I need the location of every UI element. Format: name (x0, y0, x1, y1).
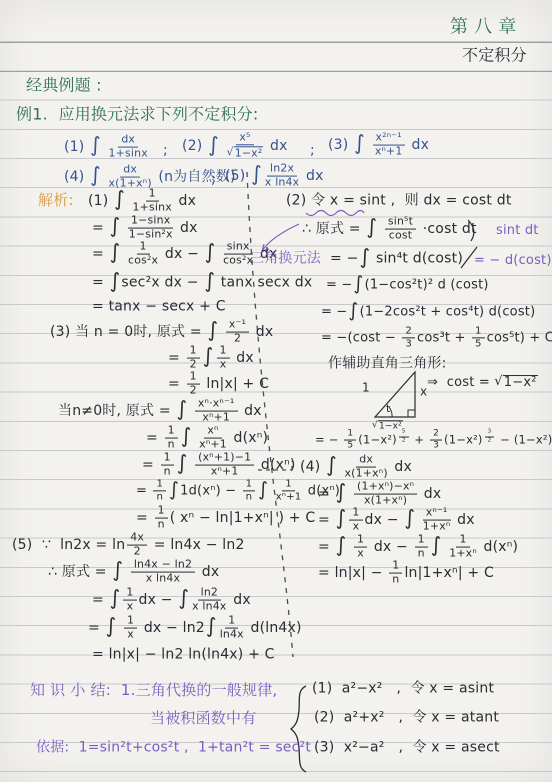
rule-under-chapter (0, 42, 552, 43)
sol2-method-label: 三角换元法 (250, 252, 321, 267)
problem-separator-1: ; (163, 144, 168, 159)
sol5-step-5: = ln|x| − ln2 ln(ln4x) + C (92, 648, 275, 663)
sol3-step-4: 当n≠0时, 原式 = ∫ xⁿ·xⁿ⁻¹xⁿ+1 dx (58, 399, 262, 424)
sol5-step-1: (5) ∵ ln2x = ln4x2 = ln4x − ln2 (12, 533, 245, 558)
rule-under-title (0, 71, 552, 72)
problem-2: (2) ∫ x⁵√1−x² dx (182, 132, 288, 159)
summary-heading: 知 识 小 结: 1.三角代换的一般规律, (30, 683, 277, 699)
sol2-step-5: = −∫(1−2cos²t + cos⁴t) d(cost) (321, 303, 535, 320)
substitution-case-2: (2) a²+x² , 令 x = atant (314, 711, 499, 726)
chapter-label: 第 八 章 (450, 19, 516, 38)
triangle-conclusion: ⇒ cost = √1−x² (427, 375, 538, 391)
problem-5: (5) ∫ln2xx ln4x dx (225, 164, 324, 189)
sol1-step-2: = ∫ 1−sinx1−sin²x dx (92, 216, 198, 241)
substitution-case-3: (3) x²−a² , 令 x = asect (314, 741, 500, 756)
sol2-step-3: = −∫ sin⁴t d(cost) (330, 248, 463, 267)
solution-label: 解析: (38, 193, 74, 209)
example-heading: 例1. 应用换元法求下列不定积分: (16, 107, 258, 124)
summary-line-2: 当被积函数中有 (150, 711, 256, 727)
doc-title: 不定积分 (462, 48, 527, 65)
sol3-step-3: = 12 ln|x| + C (168, 372, 269, 397)
triangle-label-base: √1−x² (372, 420, 403, 431)
sol2-step-2: ∴ 原式 = ∫ sin⁵tcost ·cost dt (302, 217, 477, 242)
sol3-step-8: = 1n( xⁿ − ln|1+xⁿ| ) + C (136, 506, 315, 531)
sol5-step-2: ∴ 原式 = ∫ ln4x − ln2x ln4x dx (48, 560, 219, 585)
sol4-step-1: (4) ∫ dxx(1+xⁿ) dx (300, 455, 412, 480)
sol5-step-4: = ∫ 1x dx − ln2∫1ln4x d(ln4x) (88, 616, 302, 641)
sol3-step-7: = 1n∫1d(xⁿ) − 1n∫ 1xⁿ+1 d(xⁿ) (136, 479, 340, 502)
ruled-lines (0, 13, 552, 782)
problem-separator-3: ; (211, 173, 216, 188)
sol1-step-1: (1) ∫ 11+sinx dx (88, 189, 196, 214)
sol3-step-1: (3) 当 n = 0时, 原式 = ∫ x⁻¹2 dx (50, 320, 273, 345)
notebook-page: 第 八 章不定积分经典例题 :例1. 应用换元法求下列不定积分:(1) ∫ dx… (0, 0, 552, 782)
sol4-step-3: = ∫1xdx − ∫ xⁿ⁻¹1+xⁿ dx (318, 508, 475, 533)
summary-basis: 依据: 1=sin²t+cos²t , 1+tan²t = sec²t (36, 741, 311, 756)
sol2-step-7: = − 15(1−x²)52 + 23(1−x²)32 − (1−x²)12 +… (315, 430, 552, 451)
sol4-step-4: = ∫ 1x dx − 1n∫ 11+xⁿ d(xⁿ) (318, 535, 518, 560)
sol3-step-5: = 1n∫ xⁿxⁿ+1 d(xⁿ) (146, 426, 268, 451)
sol2-step-4: = −∫(1−cos²t)² d (cost) (326, 276, 489, 293)
problem-separator-2: ; (310, 144, 315, 159)
sol4-step-2: = ∫ (1+xⁿ)−xⁿx(1+xⁿ) dx (318, 482, 441, 507)
sol3-step-2: = 12∫1x dx (168, 346, 254, 371)
triangle-label-hypotenuse: 1 (362, 382, 370, 395)
sol5-step-3: = ∫1xdx − ∫ln2x ln4x dx (92, 588, 251, 613)
sol2-step-1: (2) 令 x = sint , 则 dx = cost dt (286, 194, 512, 209)
problem-3: (3) ∫ x²ⁿ⁻¹xⁿ+1 dx (328, 133, 429, 158)
sol2-note-dcost: = − d(cost) (474, 254, 552, 268)
aux-triangle-heading: 作辅助直角三角形: (328, 357, 447, 372)
substitution-case-1: (1) a²−x² , 令 x = asint (312, 682, 494, 697)
sol4-step-5: = ln|x| − 1nln|1+xⁿ| + C (318, 561, 494, 586)
sol1-step-4: = ∫sec²x dx − ∫ tanx secx dx (92, 272, 312, 291)
triangle-label-angle: t (386, 403, 391, 415)
section-heading: 经典例题 : (26, 78, 102, 95)
sol1-step-5: = tanx − secx + C (92, 300, 226, 315)
sol2-note-sint: sint dt (496, 224, 539, 238)
problem-1: (1) ∫ dx1+sinx (64, 135, 150, 160)
sol3-step-6: = 1n∫ (xⁿ+1)−1xⁿ+1 d(xⁿ) (142, 453, 296, 478)
sol2-step-6: = −(cost − 23cos³t + 15cos⁵t) + C (321, 326, 552, 349)
